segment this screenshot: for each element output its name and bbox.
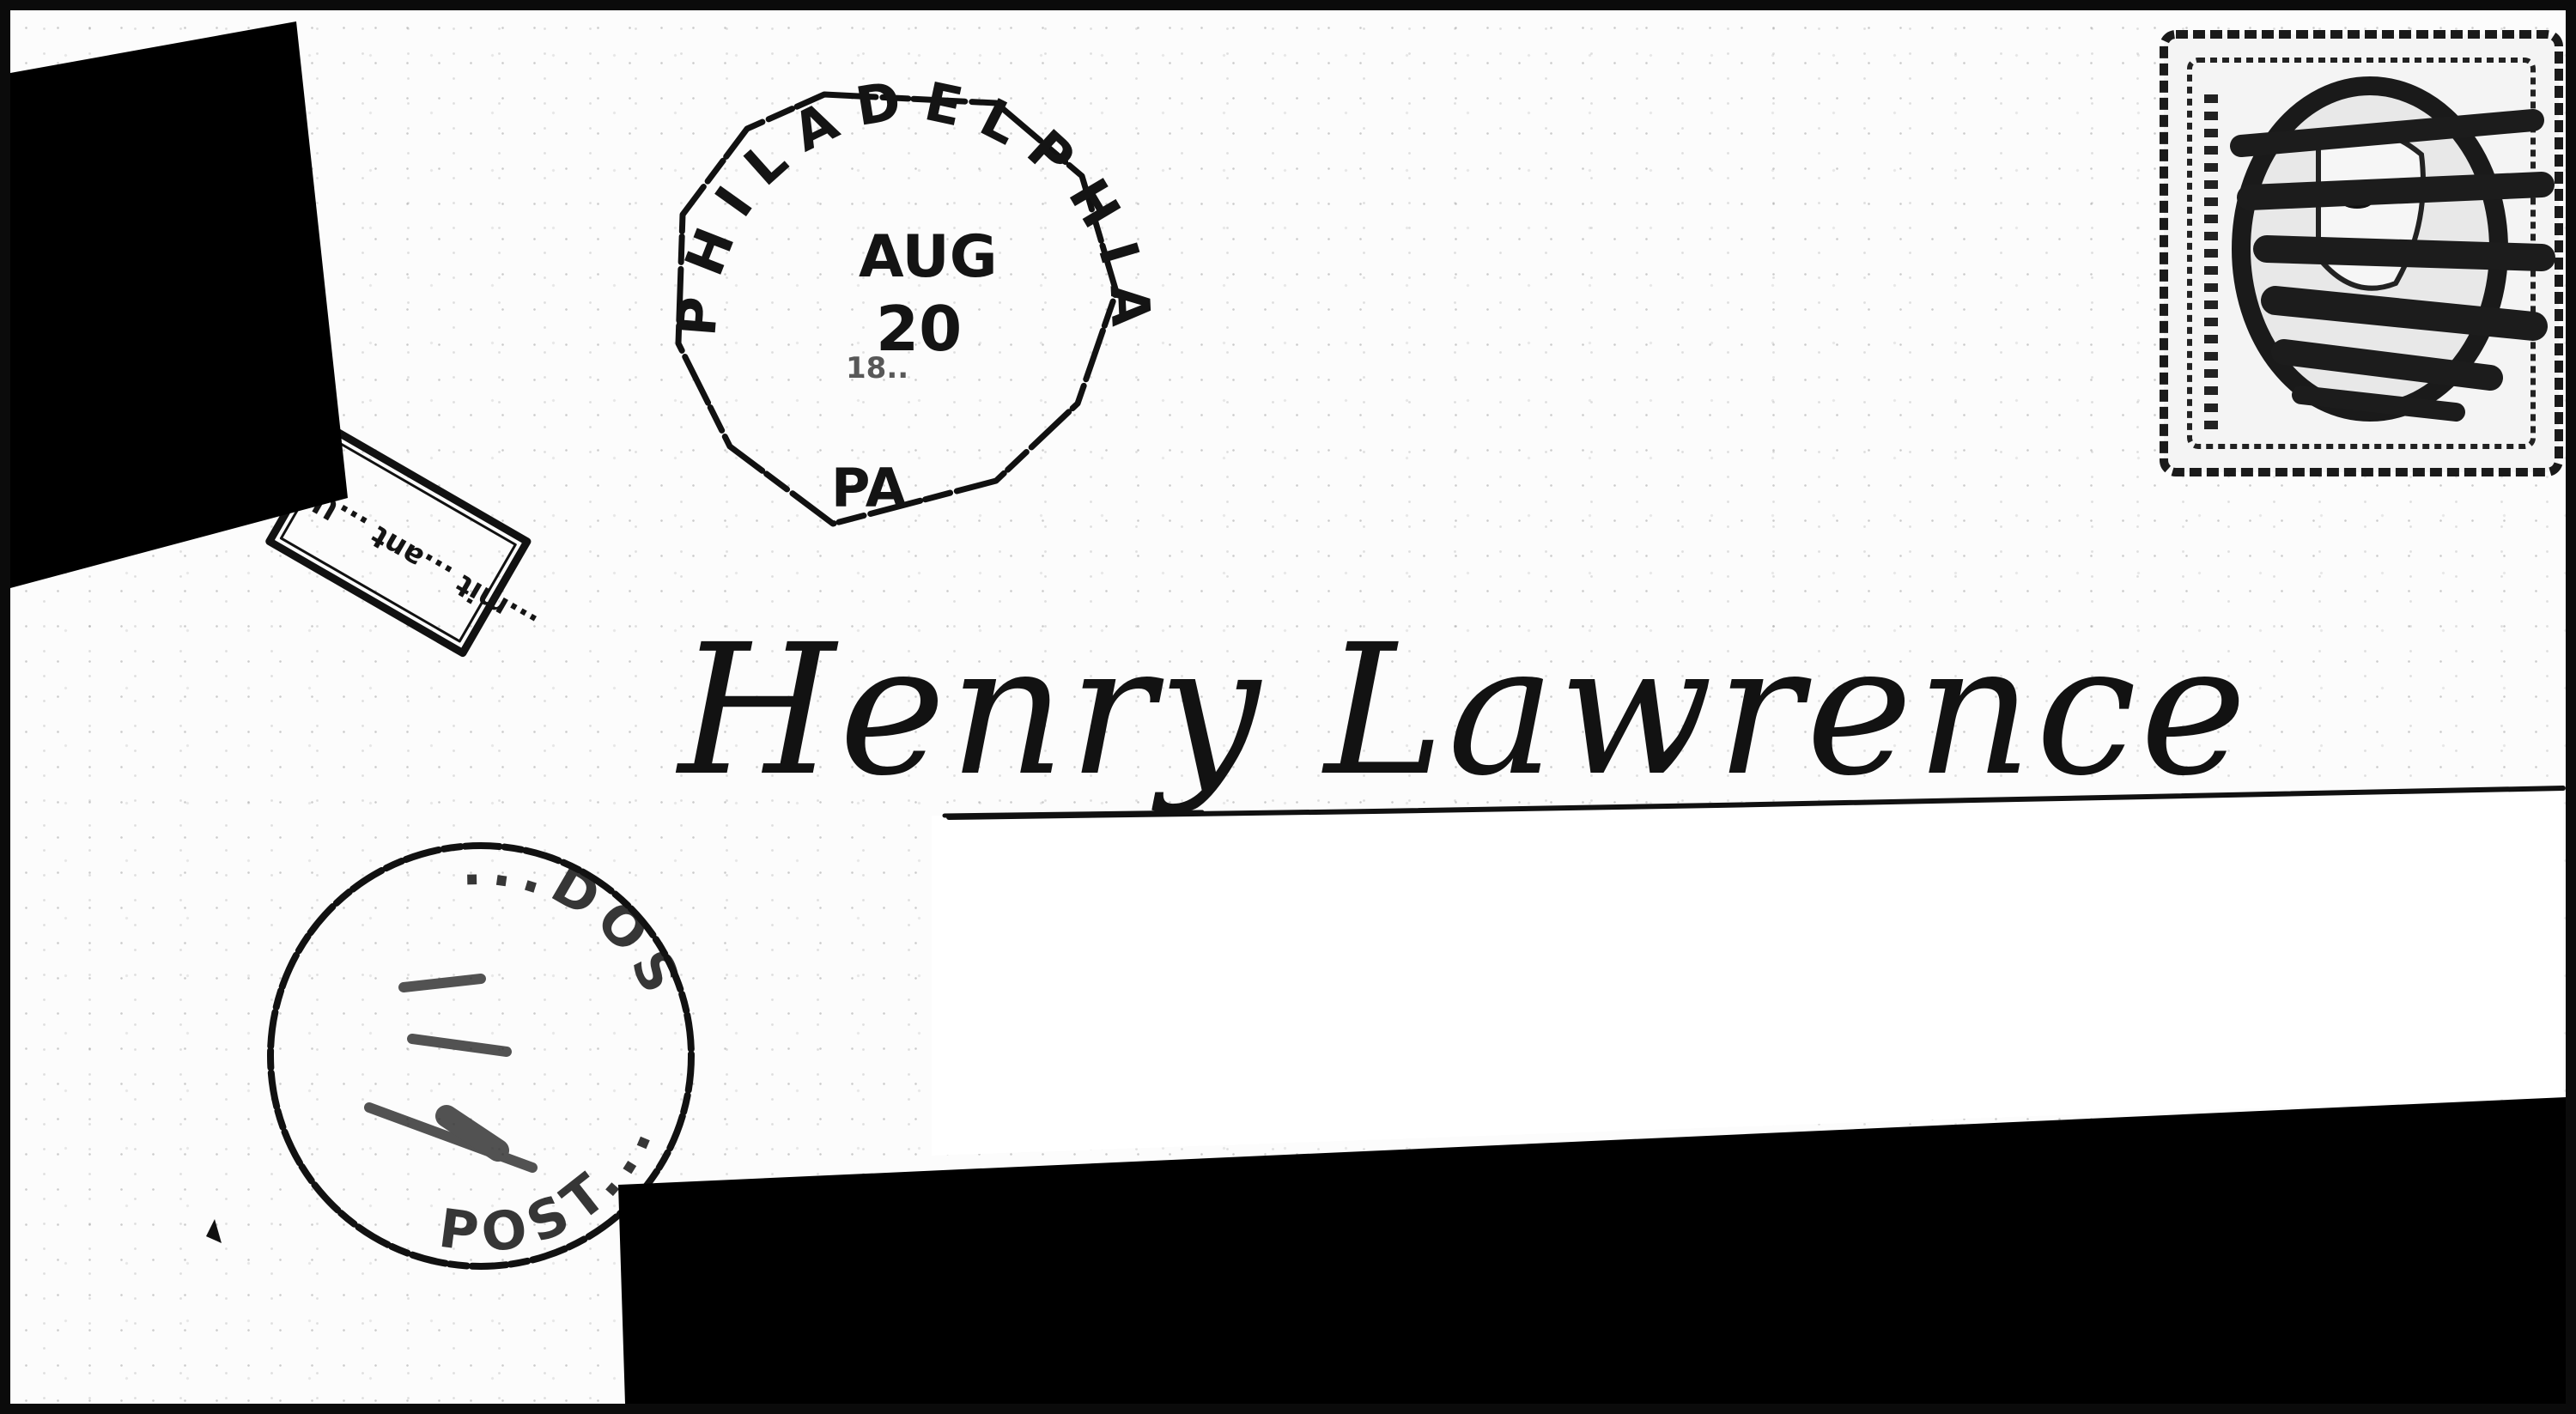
bottom-right-redaction [618, 1097, 2566, 1404]
top-left-redaction [10, 21, 348, 588]
postmark-octagonal-hotspot[interactable] [674, 90, 1121, 528]
blank-region [932, 788, 2563, 1156]
postmark-circular-hotspot[interactable] [266, 841, 696, 1271]
address-hotspot[interactable] [670, 558, 2061, 816]
stamp-hotspot[interactable] [2164, 34, 2559, 472]
ink-speck [206, 1219, 222, 1243]
